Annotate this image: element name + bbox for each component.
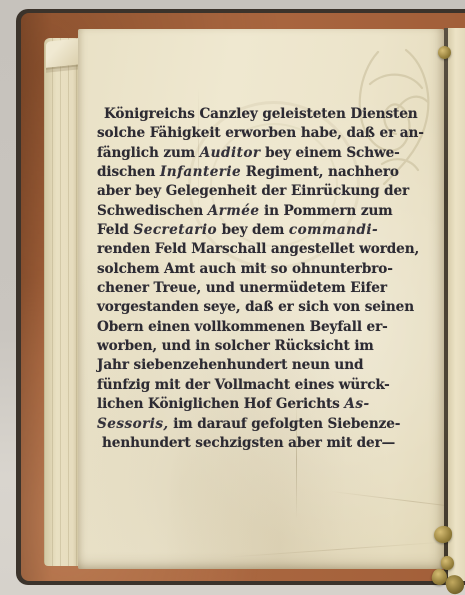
kurrent-script-text: Schwedischen	[97, 203, 208, 219]
manuscript-line: dischen Infanterie Regiment, nachhero	[97, 163, 403, 182]
manuscript-line: chener Treue, und unermüdetem Eifer	[97, 279, 403, 298]
page-stack-edges	[44, 38, 80, 566]
kurrent-script-text: im darauf gefolgten Siebenze-	[169, 416, 401, 432]
brass-rosette-icon	[434, 526, 452, 543]
manuscript-text: Königreichs Canzley geleisteten Diensten…	[97, 105, 403, 453]
kurrent-script-text: Regiment, nachhero	[241, 164, 399, 180]
latin-script-text: As-	[344, 396, 369, 412]
scanner-background: Königreichs Canzley geleisteten Diensten…	[0, 0, 465, 595]
manuscript-line: fänglich zum Auditor bey einem Schwe-	[97, 144, 403, 163]
manuscript-line: worben, und in solcher Rücksicht im	[97, 337, 403, 356]
paper-crease	[228, 541, 448, 557]
latin-script-text: Secretario	[133, 222, 217, 238]
kurrent-script-text: Feld	[97, 222, 133, 238]
manuscript-line: Obern einen vollkommenen Beyfall er-	[97, 318, 403, 337]
kurrent-script-text: fänglich zum	[97, 145, 200, 161]
kurrent-script-text: solchem Amt auch mit so ohnunterbro-	[97, 261, 393, 277]
manuscript-line: Schwedischen Armée in Pommern zum	[97, 202, 403, 221]
latin-script-text: Infanterie	[160, 164, 241, 180]
kurrent-script-text: Königreichs Canzley geleisteten Diensten	[104, 106, 418, 122]
kurrent-script-text: renden Feld Marschall angestellet worden…	[97, 241, 419, 257]
manuscript-line: Sessoris, im darauf gefolgten Siebenze-	[97, 415, 403, 434]
page-stack-corner	[46, 38, 80, 68]
latin-script-text: Auditor	[200, 145, 261, 161]
manuscript-line: Feld Secretario bey dem commandi-	[97, 221, 403, 240]
kurrent-script-text: fünfzig mit der Vollmacht eines würck-	[97, 377, 390, 393]
kurrent-script-text: Jahr siebenzehenhundert neun und	[97, 357, 363, 373]
kurrent-script-text: Obern einen vollkommenen Beyfall er-	[97, 319, 388, 335]
manuscript-line: fünfzig mit der Vollmacht eines würck-	[97, 376, 403, 395]
brass-stud-icon	[438, 46, 451, 59]
manuscript-line: solche Fähigkeit erworben habe, daß er a…	[97, 124, 403, 143]
kurrent-script-text: solche Fähigkeit erworben habe, daß er a…	[97, 125, 424, 141]
kurrent-script-text: vorgestanden seye, daß er sich von seine…	[97, 299, 414, 315]
next-page-edge	[448, 28, 465, 581]
kurrent-script-text: dischen	[97, 164, 160, 180]
latin-script-text: Sessoris,	[97, 416, 169, 432]
brass-clasp-icon	[431, 556, 465, 595]
manuscript-line: aber bey Gelegenheit der Einrückung der	[97, 182, 403, 201]
manuscript-line: vorgestanden seye, daß er sich von seine…	[97, 298, 403, 317]
kurrent-script-text: chener Treue, und unermüdetem Eifer	[97, 280, 387, 296]
kurrent-script-text: worben, und in solcher Rücksicht im	[97, 338, 374, 354]
manuscript-line: Königreichs Canzley geleisteten Diensten	[97, 105, 403, 124]
manuscript-line: henhundert sechzigsten aber mit der—	[97, 434, 403, 453]
latin-script-text: commandi-	[289, 222, 378, 238]
brass-clasp-part	[441, 556, 454, 570]
manuscript-line: renden Feld Marschall angestellet worden…	[97, 240, 403, 259]
kurrent-script-text: bey dem	[217, 222, 289, 238]
kurrent-script-text: aber bey Gelegenheit der Einrückung der	[97, 183, 409, 199]
kurrent-script-text: lichen Königlichen Hof Gerichts	[97, 396, 344, 412]
kurrent-script-text: in Pommern zum	[259, 203, 392, 219]
manuscript-line: Jahr siebenzehenhundert neun und	[97, 356, 403, 375]
manuscript-line: solchem Amt auch mit so ohnunterbro-	[97, 260, 403, 279]
kurrent-script-text: bey einem Schwe-	[260, 145, 399, 161]
kurrent-script-text: henhundert sechzigsten aber mit der—	[102, 435, 395, 451]
manuscript-line: lichen Königlichen Hof Gerichts As-	[97, 395, 403, 414]
latin-script-text: Armée	[208, 203, 260, 219]
